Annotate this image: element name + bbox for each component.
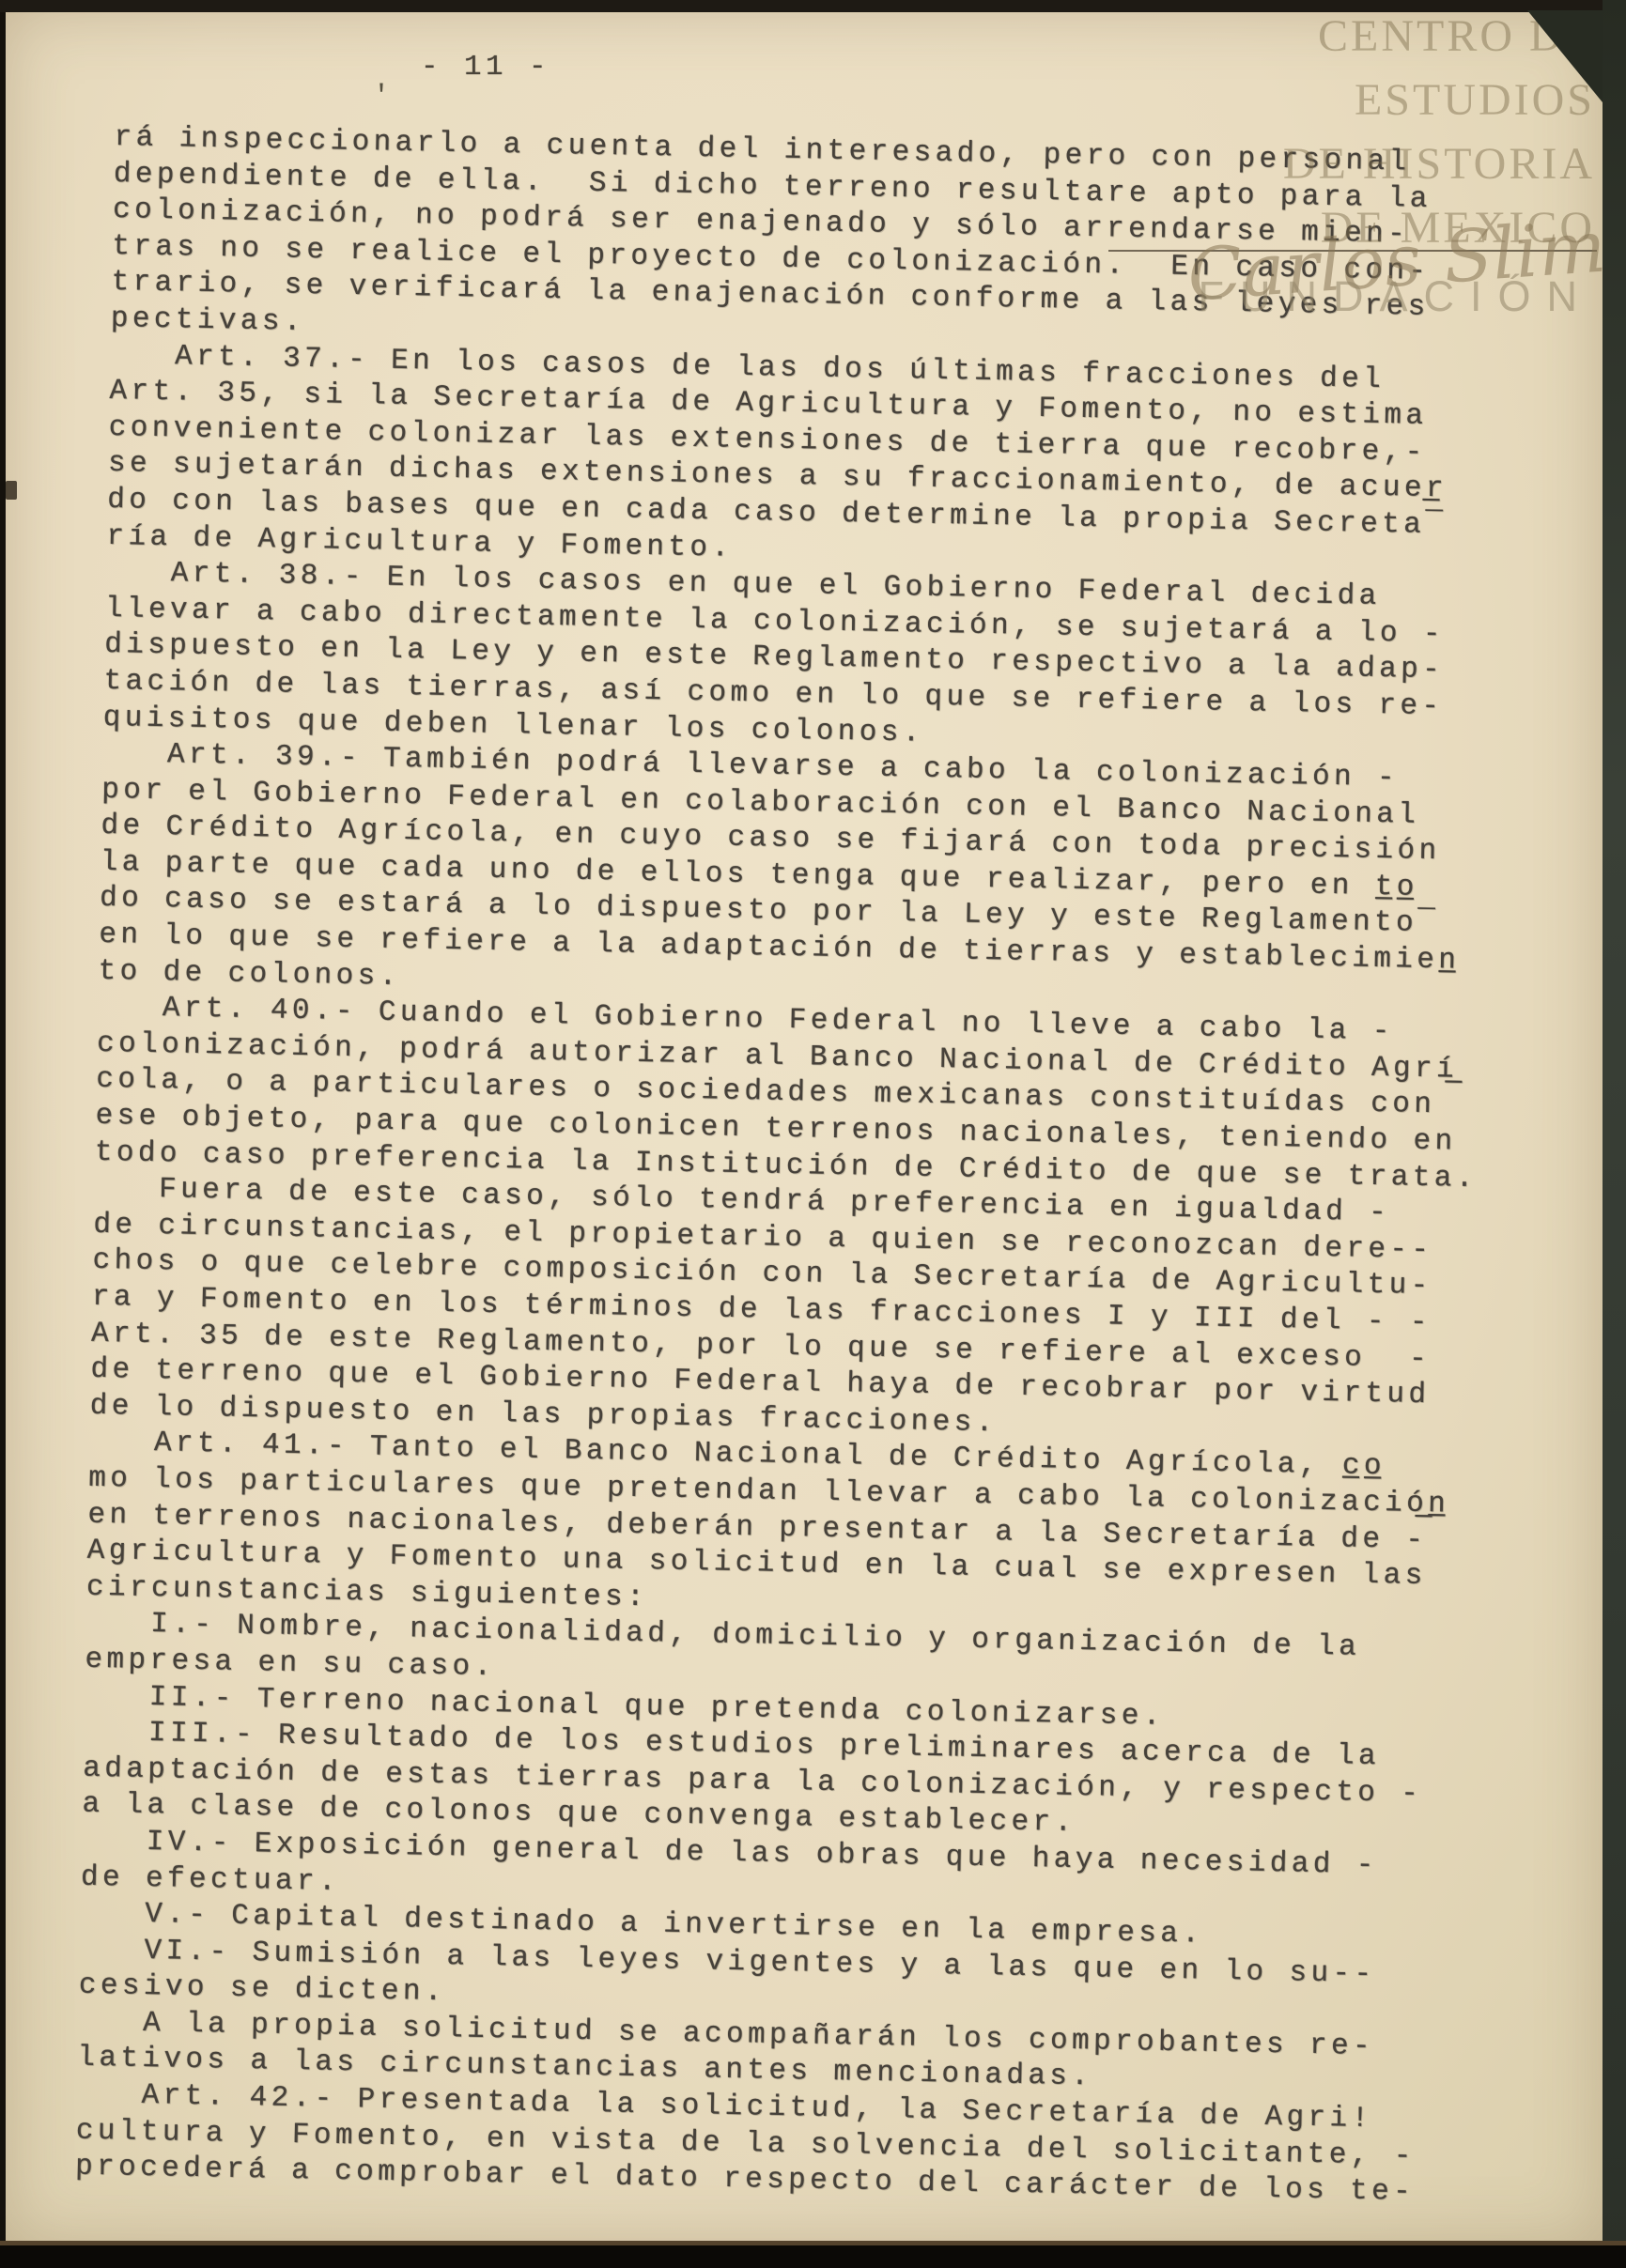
stray-mark: ': [373, 81, 390, 113]
scan-edge-top: [0, 0, 1626, 12]
page-number: - 11 -: [421, 51, 550, 84]
scan-artifact: [6, 481, 17, 500]
watermark-line: DE HISTORIA: [1283, 132, 1595, 196]
foundation-watermark: FUNDACIÓN: [1199, 272, 1594, 321]
watermark-line: ESTUDIOS: [1283, 69, 1595, 132]
paragraph: Art. 41.- Tanto el Banco Nacional de Cré…: [86, 1425, 1573, 1634]
scan-edge-bottom: [0, 2241, 1626, 2268]
scan-edge-right: [1603, 0, 1626, 2268]
paper-sheet: CENTRO DE ESTUDIOS DE HISTORIA DE MEXICO…: [6, 10, 1603, 2245]
paragraph: Fuera de este caso, sólo tendrá preferen…: [89, 1171, 1578, 1453]
paragraph: Art. 37.- En los casos de las dos última…: [106, 338, 1594, 584]
paragraph: Art. 38.- En los casos en que el Gobiern…: [102, 555, 1589, 764]
document-body: rá inspeccionarlo a cuenta del interesad…: [75, 120, 1599, 2214]
scanned-page: CENTRO DE ESTUDIOS DE HISTORIA DE MEXICO…: [0, 0, 1626, 2268]
paragraph: Art. 40.- Cuando el Gobierno Federal no …: [95, 990, 1582, 1199]
paragraph: Art. 39.- También podrá llevarse a cabo …: [98, 736, 1587, 1018]
